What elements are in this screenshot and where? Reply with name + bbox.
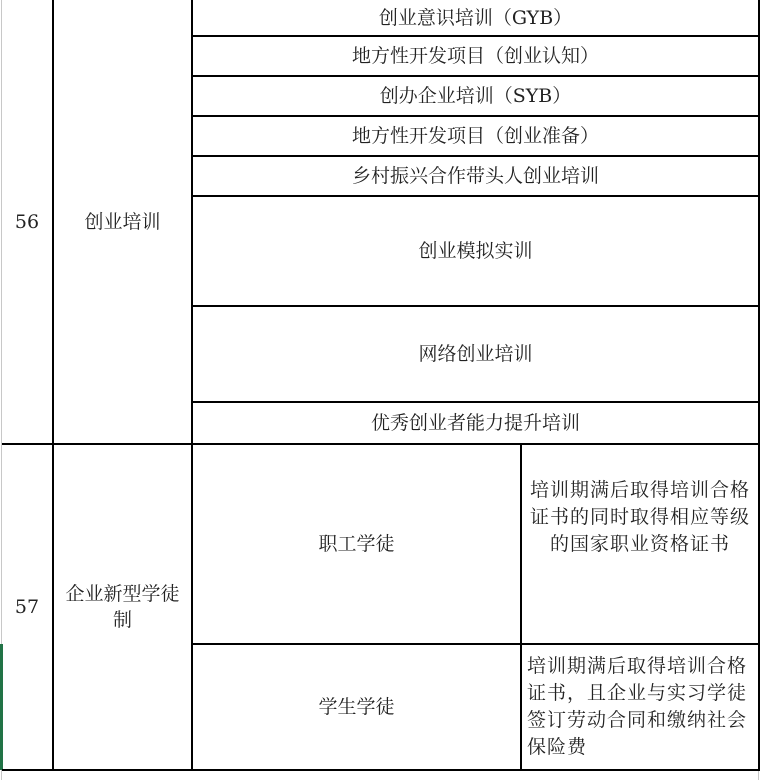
row-number-56: 56 bbox=[2, 0, 52, 444]
training-item: 地方性开发项目（创业认知） bbox=[193, 37, 758, 75]
training-item: 网络创业培训 bbox=[193, 307, 758, 401]
category-cell-57: 企业新型学徒制 bbox=[56, 445, 189, 769]
apprentice-type-student: 学生学徒 bbox=[193, 645, 520, 769]
training-item: 创办企业培训（SYB） bbox=[193, 77, 758, 115]
training-item: 优秀创业者能力提升培训 bbox=[193, 403, 758, 443]
category-cell-56: 创业培训 bbox=[54, 0, 191, 444]
apprentice-description-staff: 培训期满后取得培训合格证书的同时取得相应等级的国家职业资格证书 bbox=[522, 445, 758, 643]
training-item: 乡村振兴合作带头人创业培训 bbox=[193, 157, 758, 195]
apprentice-type-staff: 职工学徒 bbox=[193, 445, 520, 643]
table-bottom-border bbox=[2, 769, 760, 771]
row-number-57: 57 bbox=[2, 445, 52, 769]
training-item: 地方性开发项目（创业准备） bbox=[193, 117, 758, 155]
sheet-edge-right-gray bbox=[758, 770, 759, 780]
training-item: 创业模拟实训 bbox=[193, 197, 758, 305]
apprentice-description-student: 培训期满后取得培训合格证书，且企业与实习学徒签订劳动合同和缴纳社会保险费 bbox=[522, 645, 758, 769]
training-item: 创业意识培训（GYB） bbox=[193, 0, 758, 35]
